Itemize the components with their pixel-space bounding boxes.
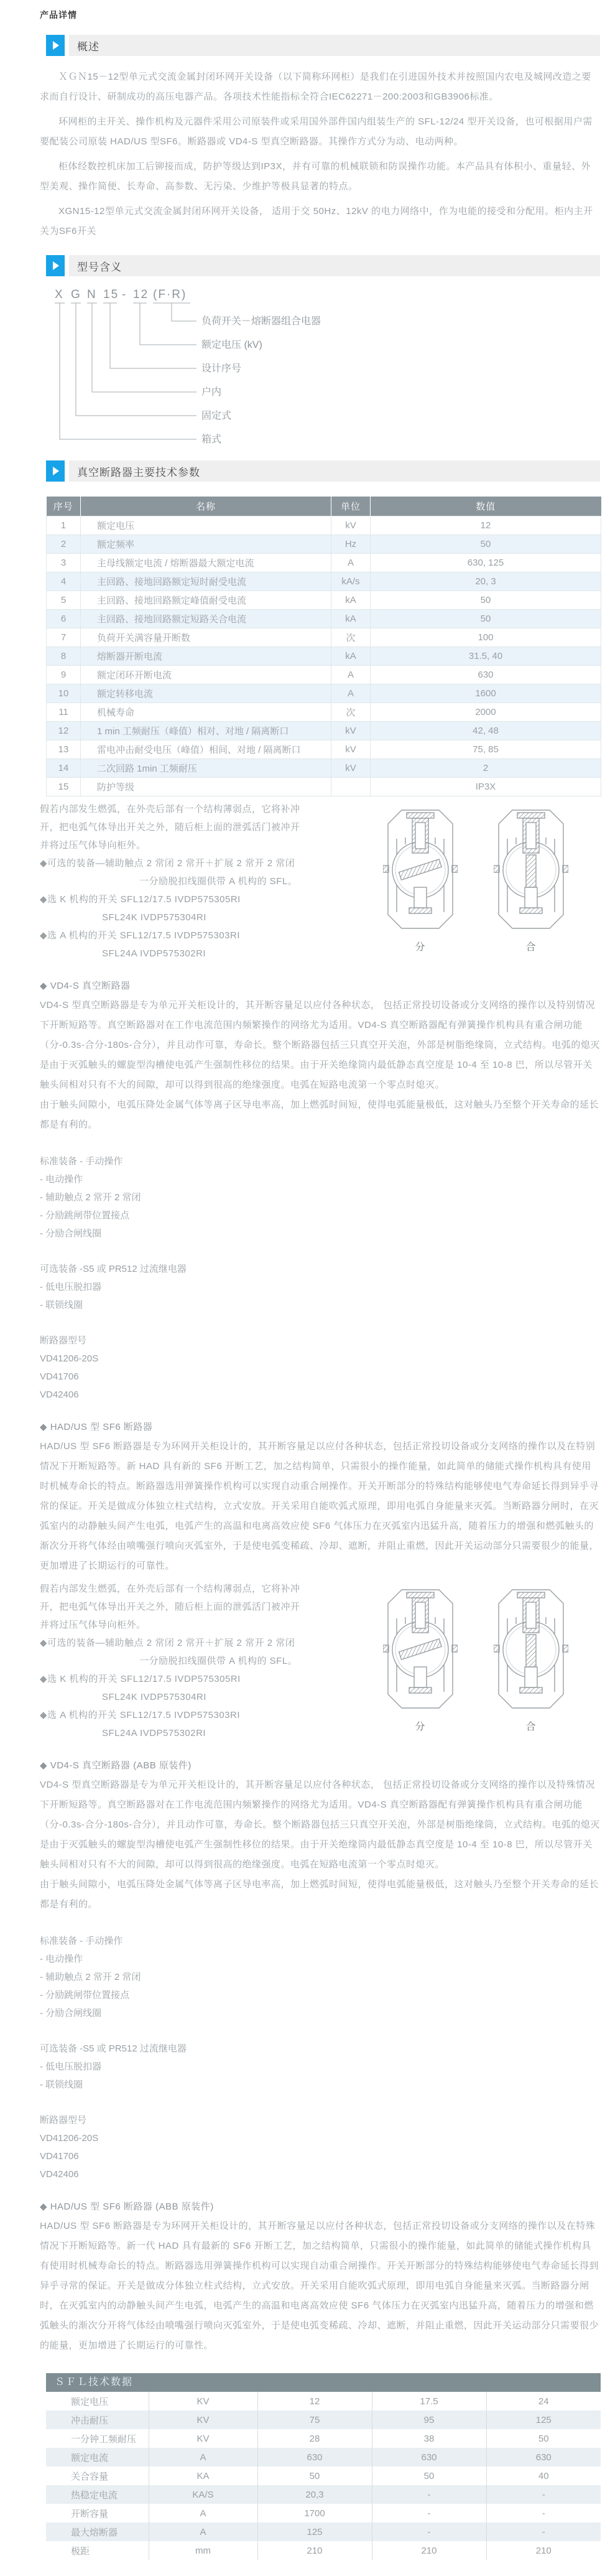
hadus-section-2: ◆ HAD/US 型 SF6 断路器 (ABB 原装件) HAD/US 型 SF… — [40, 2200, 600, 2356]
sfl-label: 热稳定电流 — [46, 2485, 149, 2504]
arc-note-line: ◆选 K 机构的开关 SFL12/17.5 IVDP575305RI — [40, 1670, 351, 1688]
table-row: 冲击耐压KV7595125 — [46, 2410, 601, 2429]
sfl-table: 额定电压KV1217.524 冲击耐压KV7595125 一分钟工频耐压KV28… — [46, 2392, 601, 2560]
param-value: 20, 3 — [371, 572, 601, 591]
arc-note-line: 开，把电弧气体导出开关之外，随后柜上面的泄弧活门被冲开 — [40, 1598, 351, 1616]
param-unit: kA — [331, 647, 371, 666]
sfl-unit: KV — [149, 2429, 257, 2448]
sfl-label: 关合容量 — [46, 2466, 149, 2485]
table-row: 3主母线额定电流 / 熔断器最大额定电流A630, 125 — [47, 554, 601, 572]
breaker-diagram-closed-icon — [494, 1587, 568, 1710]
param-unit: A — [331, 666, 371, 684]
model-label: 设计序号 — [201, 363, 241, 374]
param-no: 7 — [47, 628, 81, 647]
list-item: - 分励合闸线圈 — [40, 1225, 600, 1243]
param-no: 13 — [47, 740, 81, 759]
breaker-figure-closed: 合 — [494, 1587, 568, 1742]
sfl-value: - — [486, 2485, 601, 2504]
model-code-part: G — [71, 288, 81, 301]
subsection-title: ◆ VD4-S 真空断路器 — [40, 979, 600, 992]
breaker-figures: 分 合 — [351, 800, 600, 963]
list-item: - 联锁线圈 — [40, 2076, 600, 2094]
param-name: 二次回路 1min 工频耐压 — [81, 759, 331, 778]
param-no: 14 — [47, 759, 81, 778]
table-row: 开断容量A1700-- — [46, 2504, 601, 2522]
sfl-value: 630 — [486, 2448, 601, 2466]
overview-paragraph: 柜体经数控机床加工后铆接而成，防护等级达到IP3X，并有可靠的机械联锁和防误操作… — [40, 157, 600, 197]
table-row: 极距mm210210210 — [46, 2541, 601, 2560]
param-name: 机械寿命 — [81, 703, 331, 722]
sfl-unit: KA/S — [149, 2485, 257, 2504]
param-no: 3 — [47, 554, 81, 572]
list-item: VD42406 — [40, 2165, 600, 2183]
param-value: 1600 — [371, 684, 601, 703]
param-unit — [331, 778, 371, 796]
col-header-value: 数值 — [371, 497, 601, 516]
sfl-unit: KV — [149, 2392, 257, 2410]
model-code-part: (F·R) — [153, 288, 187, 301]
sfl-label: 极距 — [46, 2541, 149, 2560]
param-value: 630 — [371, 666, 601, 684]
optional-equipment-list-1: 可选装备 -S5 或 PR512 过流继电器 - 低电压脱扣器 - 联锁线圈 — [40, 1260, 600, 1314]
param-name: 额定闭环开断电流 — [81, 666, 331, 684]
table-row: 额定电流A630630630 — [46, 2448, 601, 2466]
breaker-figures: 分 合 — [351, 1580, 600, 1742]
arc-note-text: 假若内部发生燃弧，在外壳后部有一个结构薄弱点，它将补冲 开，把电弧气体导出开关之… — [40, 800, 351, 963]
model-label: 箱式 — [201, 434, 221, 445]
sfl-label: 一分钟工频耐压 — [46, 2429, 149, 2448]
table-row: 15防护等级IP3X — [47, 778, 601, 796]
subsection-paragraph: HAD/US 型 SF6 断路器是专为环网开关柜设计的，其开断容量足以应付各种状… — [40, 1437, 600, 1576]
param-name: 主母线额定电流 / 熔断器最大额定电流 — [81, 554, 331, 572]
table-row: 最大熔断器A125-- — [46, 2522, 601, 2541]
vd4s-section-2: ◆ VD4-S 真空断路器 (ABB 原装件) VD4-S 型真空断路器是专为单… — [40, 1758, 600, 1915]
param-name: 额定频率 — [81, 535, 331, 554]
table-row: 关合容量KA505040 — [46, 2466, 601, 2485]
breaker-figure-open: 分 — [383, 1587, 458, 1742]
table-row: 6主回路、接地回路额定短路关合电流kA50 — [47, 610, 601, 628]
param-unit: kV — [331, 722, 371, 740]
sfl-label: 额定电压 — [46, 2392, 149, 2410]
hadus-section-1: ◆ HAD/US 型 SF6 断路器 HAD/US 型 SF6 断路器是专为环网… — [40, 1420, 600, 1576]
sfl-value: - — [372, 2485, 486, 2504]
model-label: 固定式 — [201, 410, 231, 421]
arc-note-line: 假若内部发生燃弧，在外壳后部有一个结构薄弱点，它将补冲 — [40, 800, 351, 818]
param-value: 31.5, 40 — [371, 647, 601, 666]
list-item: VD41206-20S — [40, 2129, 600, 2147]
list-item: VD42406 — [40, 1386, 600, 1404]
param-unit: A — [331, 684, 371, 703]
sfl-value: 95 — [372, 2410, 486, 2429]
figure-label-closed: 合 — [494, 939, 568, 953]
arc-note-line: 假若内部发生燃弧，在外壳后部有一个结构薄弱点，它将补冲 — [40, 1580, 351, 1598]
table-row: 7负荷开关满容量开断数次100 — [47, 628, 601, 647]
breaker-model-list-2: 断路器型号 VD41206-20S VD41706 VD42406 — [40, 2111, 600, 2183]
arc-note-line: ◆选 K 机构的开关 SFL12/17.5 IVDP575305RI — [40, 890, 351, 908]
table-row: 10额定转移电流A1600 — [47, 684, 601, 703]
arc-note-line: ◆选 A 机构的开关 SFL12/17.5 IVDP575303RI — [40, 926, 351, 945]
param-value: 630, 125 — [371, 554, 601, 572]
sfl-value: 38 — [372, 2429, 486, 2448]
param-no: 15 — [47, 778, 81, 796]
arc-note-line: SFL24A IVDP575302RI — [40, 1724, 351, 1742]
list-item: VD41206-20S — [40, 1350, 600, 1368]
figure-label-open: 分 — [383, 1719, 458, 1733]
sfl-value: 1700 — [257, 2504, 372, 2522]
sfl-value: 12 — [257, 2392, 372, 2410]
section-arrow-icon — [46, 255, 65, 276]
play-triangle-icon — [53, 467, 59, 475]
arc-note-line: SFL24K IVDP575304RI — [40, 908, 351, 926]
param-unit: kV — [331, 740, 371, 759]
list-item: - 电动操作 — [40, 1170, 600, 1188]
sfl-value: 50 — [257, 2466, 372, 2485]
arc-note-text: 假若内部发生燃弧，在外壳后部有一个结构薄弱点，它将补冲 开，把电弧气体导出开关之… — [40, 1580, 351, 1742]
section-arrow-icon — [46, 460, 65, 482]
param-unit: 次 — [331, 628, 371, 647]
arc-note-line: 开，把电弧气体导出开关之外，随后柜上面的泄弧活门被冲开 — [40, 818, 351, 836]
play-triangle-icon — [53, 41, 59, 50]
sfl-unit: KA — [149, 2466, 257, 2485]
sfl-value: 50 — [372, 2466, 486, 2485]
table-row: 13雷电冲击耐受电压（峰值）相间、对地 / 隔离断口kV75, 85 — [47, 740, 601, 759]
breaker-figure-open: 分 — [383, 808, 458, 963]
list-item: 断路器型号 — [40, 1332, 600, 1350]
col-header-no: 序号 — [47, 497, 81, 516]
param-value: 12 — [371, 516, 601, 535]
table-row: 一分钟工频耐压KV283850 — [46, 2429, 601, 2448]
param-unit: kA — [331, 591, 371, 610]
subsection-title: ◆ HAD/US 型 SF6 断路器 (ABB 原装件) — [40, 2200, 600, 2213]
arc-note-line: ◆选 A 机构的开关 SFL12/17.5 IVDP575303RI — [40, 1706, 351, 1724]
model-code-part: 12 — [133, 288, 149, 301]
sfl-value: - — [372, 2504, 486, 2522]
param-unit: kA/s — [331, 572, 371, 591]
subsection-title: ◆ VD4-S 真空断路器 (ABB 原装件) — [40, 1758, 600, 1771]
param-no: 4 — [47, 572, 81, 591]
param-name: 额定电压 — [81, 516, 331, 535]
subsection-paragraph: VD4-S 型真空断路器是专为单元开关柜设计的，其开断容量足以应付各种状态， 包… — [40, 996, 600, 1095]
subsection-paragraph: 由于触头间隙小，电弧压降处金属气体等离子区导电率高，加上燃弧时间短，使得电弧能量… — [40, 1095, 600, 1135]
list-item: - 低电压脱扣器 — [40, 1278, 600, 1296]
list-item: 可选装备 -S5 或 PR512 过流继电器 — [40, 1260, 600, 1278]
param-name: 1 min 工频耐压（峰值）相对、对地 / 隔离断口 — [81, 722, 331, 740]
sfl-value: 125 — [257, 2522, 372, 2541]
param-name: 额定转移电流 — [81, 684, 331, 703]
subsection-title: ◆ HAD/US 型 SF6 断路器 — [40, 1420, 600, 1433]
sfl-value: 125 — [486, 2410, 601, 2429]
standard-equipment-list-2: 标准装备 - 手动操作 - 电动操作 - 辅助触点 2 常开 2 常闭 - 分励… — [40, 1932, 600, 2022]
sfl-value: 24 — [486, 2392, 601, 2410]
sfl-value: 210 — [486, 2541, 601, 2560]
param-no: 12 — [47, 722, 81, 740]
list-item: - 分励跳闸带位置接点 — [40, 1986, 600, 2004]
sfl-value: - — [486, 2504, 601, 2522]
table-row: 8熔断器开断电流kA31.5, 40 — [47, 647, 601, 666]
param-unit: 次 — [331, 703, 371, 722]
param-value: 2 — [371, 759, 601, 778]
sfl-value: 40 — [486, 2466, 601, 2485]
arc-note-line: ◆可选的装备—辅助触点 2 常闭 2 常开＋扩展 2 常开 2 常闭 — [40, 854, 351, 872]
arc-note-line: 并将过压气体导向柜外。 — [40, 1616, 351, 1634]
sfl-value: 50 — [486, 2429, 601, 2448]
param-name: 主回路、接地回路额定峰值耐受电流 — [81, 591, 331, 610]
list-item: - 分励合闸线圈 — [40, 2004, 600, 2022]
play-triangle-icon — [53, 261, 59, 270]
table-row: 额定电压KV1217.524 — [46, 2392, 601, 2410]
table-row: 11机械寿命次2000 — [47, 703, 601, 722]
sfl-unit: KV — [149, 2410, 257, 2429]
arc-note-block-2: 假若内部发生燃弧，在外壳后部有一个结构薄弱点，它将补冲 开，把电弧气体导出开关之… — [40, 1580, 600, 1742]
sfl-unit: A — [149, 2522, 257, 2541]
section-title-model-meaning: 型号含义 — [69, 255, 600, 276]
sfl-unit: mm — [149, 2541, 257, 2560]
list-item: - 辅助触点 2 常开 2 常闭 — [40, 1968, 600, 1986]
param-name: 雷电冲击耐受电压（峰值）相间、对地 / 隔离断口 — [81, 740, 331, 759]
param-no: 5 — [47, 591, 81, 610]
param-value: 42, 48 — [371, 722, 601, 740]
section-title-overview: 概述 — [69, 35, 600, 56]
breaker-diagram-open-icon — [383, 1587, 458, 1710]
param-unit: kV — [331, 759, 371, 778]
vd4s-section-1: ◆ VD4-S 真空断路器 VD4-S 型真空断路器是专为单元开关柜设计的，其开… — [40, 979, 600, 1135]
table-row: 14二次回路 1min 工频耐压kV2 — [47, 759, 601, 778]
param-name: 主回路、接地回路额定短时耐受电流 — [81, 572, 331, 591]
arc-note-line: 一分励脱扣线圈供带 A 机构的 SFL。 — [40, 872, 351, 890]
list-item: 标准装备 - 手动操作 — [40, 1152, 600, 1170]
table-header-row: 序号 名称 单位 数值 — [47, 497, 601, 516]
param-no: 1 — [47, 516, 81, 535]
model-code-part: X — [55, 288, 64, 301]
param-name: 熔断器开断电流 — [81, 647, 331, 666]
sfl-value: 210 — [372, 2541, 486, 2560]
sfl-value: 630 — [257, 2448, 372, 2466]
breaker-model-list-1: 断路器型号 VD41206-20S VD41706 VD42406 — [40, 1332, 600, 1404]
model-code-part: - — [122, 288, 127, 301]
param-name: 防护等级 — [81, 778, 331, 796]
param-no: 6 — [47, 610, 81, 628]
model-code-part: 15 — [103, 288, 119, 301]
sfl-unit: A — [149, 2504, 257, 2522]
sfl-value: 28 — [257, 2429, 372, 2448]
list-item: - 低电压脱扣器 — [40, 2058, 600, 2076]
sfl-label: 额定电流 — [46, 2448, 149, 2466]
sfl-label: 冲击耐压 — [46, 2410, 149, 2429]
sfl-value: 630 — [372, 2448, 486, 2466]
breaker-diagram-closed-icon — [494, 808, 568, 931]
table-row: 热稳定电流KA/S20,3-- — [46, 2485, 601, 2504]
param-value: 100 — [371, 628, 601, 647]
product-detail-page: 产品详情 概述 ＸＧＮ15－12型单元式交流金属封闭环网开关设备（以下简称环网柜… — [0, 0, 605, 2576]
param-no: 9 — [47, 666, 81, 684]
col-header-unit: 单位 — [331, 497, 371, 516]
param-value: IP3X — [371, 778, 601, 796]
arc-note-line: SFL24K IVDP575304RI — [40, 1688, 351, 1706]
param-name: 主回路、接地回路额定短路关合电流 — [81, 610, 331, 628]
model-designation-diagram: X G N 15 - 12 (F·R) 负荷开关－熔断器组合电器 额定电压 (k… — [47, 286, 445, 447]
section-header-parameters: 真空断路器主要技术参数 — [46, 460, 600, 482]
model-label: 额定电压 (kV) — [201, 339, 262, 350]
param-no: 8 — [47, 647, 81, 666]
section-header-model-meaning: 型号含义 — [46, 255, 600, 276]
sfl-label: 最大熔断器 — [46, 2522, 149, 2541]
section-title-parameters: 真空断路器主要技术参数 — [69, 460, 600, 482]
sfl-value: - — [486, 2522, 601, 2541]
arc-note-line: SFL24A IVDP575302RI — [40, 945, 351, 963]
list-item: - 辅助触点 2 常开 2 常闭 — [40, 1188, 600, 1206]
section-arrow-icon — [46, 35, 65, 56]
section-header-overview: 概述 — [46, 35, 600, 56]
table-row: 4主回路、接地回路额定短时耐受电流kA/s20, 3 — [47, 572, 601, 591]
sfl-value: 75 — [257, 2410, 372, 2429]
arc-note-block-1: 假若内部发生燃弧，在外壳后部有一个结构薄弱点，它将补冲 开，把电弧气体导出开关之… — [40, 800, 600, 963]
param-value: 50 — [371, 610, 601, 628]
list-item: - 联锁线圈 — [40, 1296, 600, 1314]
overview-paragraph: XGN15-12型单元式交流金属封闭环网开关设备， 适用于交 50Hz、12kV… — [40, 202, 600, 241]
arc-note-line: ◆可选的装备—辅助触点 2 常闭 2 常开＋扩展 2 常开 2 常闭 — [40, 1634, 351, 1652]
param-name: 负荷开关满容量开断数 — [81, 628, 331, 647]
sfl-unit: A — [149, 2448, 257, 2466]
param-value: 2000 — [371, 703, 601, 722]
standard-equipment-list-1: 标准装备 - 手动操作 - 电动操作 - 辅助触点 2 常开 2 常闭 - 分励… — [40, 1152, 600, 1243]
list-item: VD41706 — [40, 2147, 600, 2165]
sfl-value: 17.5 — [372, 2392, 486, 2410]
list-item: VD41706 — [40, 1368, 600, 1386]
model-code-part: N — [87, 288, 97, 301]
param-unit: kA — [331, 610, 371, 628]
breaker-diagram-open-icon — [383, 808, 458, 931]
col-header-name: 名称 — [81, 497, 331, 516]
sfl-technical-data: ＳＦＬ技术数据 额定电压KV1217.524 冲击耐压KV7595125 一分钟… — [46, 2373, 601, 2560]
table-row: 5主回路、接地回路额定峰值耐受电流kA50 — [47, 591, 601, 610]
param-unit: kV — [331, 516, 371, 535]
sfl-label: 开断容量 — [46, 2504, 149, 2522]
table-row: 1额定电压kV12 — [47, 516, 601, 535]
overview-paragraph: ＸＧＮ15－12型单元式交流金属封闭环网开关设备（以下简称环网柜）是我们在引进国… — [40, 67, 600, 107]
table-row: 2额定频率Hz50 — [47, 535, 601, 554]
model-label: 户内 — [201, 386, 221, 398]
optional-equipment-list-2: 可选装备 -S5 或 PR512 过流继电器 - 低电压脱扣器 - 联锁线圈 — [40, 2040, 600, 2094]
param-unit: A — [331, 554, 371, 572]
param-value: 50 — [371, 535, 601, 554]
parameters-table: 序号 名称 单位 数值 1额定电压kV12 2额定频率Hz50 3主母线额定电流… — [46, 497, 601, 796]
subsection-paragraph: VD4-S 型真空断路器是专为单元开关柜设计的，其开断容量足以应付各种状态， 包… — [40, 1775, 600, 1875]
param-value: 75, 85 — [371, 740, 601, 759]
param-unit: Hz — [331, 535, 371, 554]
arc-note-line: 一分励脱扣线圈供带 A 机构的 SFL。 — [40, 1652, 351, 1670]
sfl-value: 20,3 — [257, 2485, 372, 2504]
sfl-value: 210 — [257, 2541, 372, 2560]
figure-label-open: 分 — [383, 939, 458, 953]
sfl-table-title: ＳＦＬ技术数据 — [46, 2373, 601, 2392]
figure-label-closed: 合 — [494, 1719, 568, 1733]
param-no: 10 — [47, 684, 81, 703]
list-item: 断路器型号 — [40, 2111, 600, 2129]
subsection-paragraph: 由于触头间隙小，电弧压降处金属气体等离子区导电率高，加上燃弧时间短，使得电弧能量… — [40, 1875, 600, 1915]
breaker-figure-closed: 合 — [494, 808, 568, 963]
overview-paragraph: 环网柜的主开关、操作机构及元器件采用公司原装件或采用国外部件国内组装生产的 SF… — [40, 112, 600, 152]
list-item: - 分励跳闸带位置接点 — [40, 1206, 600, 1225]
page-title: 产品详情 — [40, 9, 600, 21]
param-no: 11 — [47, 703, 81, 722]
list-item: 标准装备 - 手动操作 — [40, 1932, 600, 1950]
table-row: 9额定闭环开断电流A630 — [47, 666, 601, 684]
subsection-paragraph: HAD/US 型 SF6 断路器是专为环网开关柜设计的，其开断容量足以应付各种状… — [40, 2216, 600, 2356]
sfl-value: - — [372, 2522, 486, 2541]
overview-paragraphs: ＸＧＮ15－12型单元式交流金属封闭环网开关设备（以下简称环网柜）是我们在引进国… — [40, 67, 600, 241]
list-item: - 电动操作 — [40, 1950, 600, 1968]
param-value: 50 — [371, 591, 601, 610]
arc-note-line: 并将过压气体导向柜外。 — [40, 836, 351, 854]
param-no: 2 — [47, 535, 81, 554]
table-row: 121 min 工频耐压（峰值）相对、对地 / 隔离断口kV42, 48 — [47, 722, 601, 740]
model-label: 负荷开关－熔断器组合电器 — [201, 315, 321, 327]
list-item: 可选装备 -S5 或 PR512 过流继电器 — [40, 2040, 600, 2058]
